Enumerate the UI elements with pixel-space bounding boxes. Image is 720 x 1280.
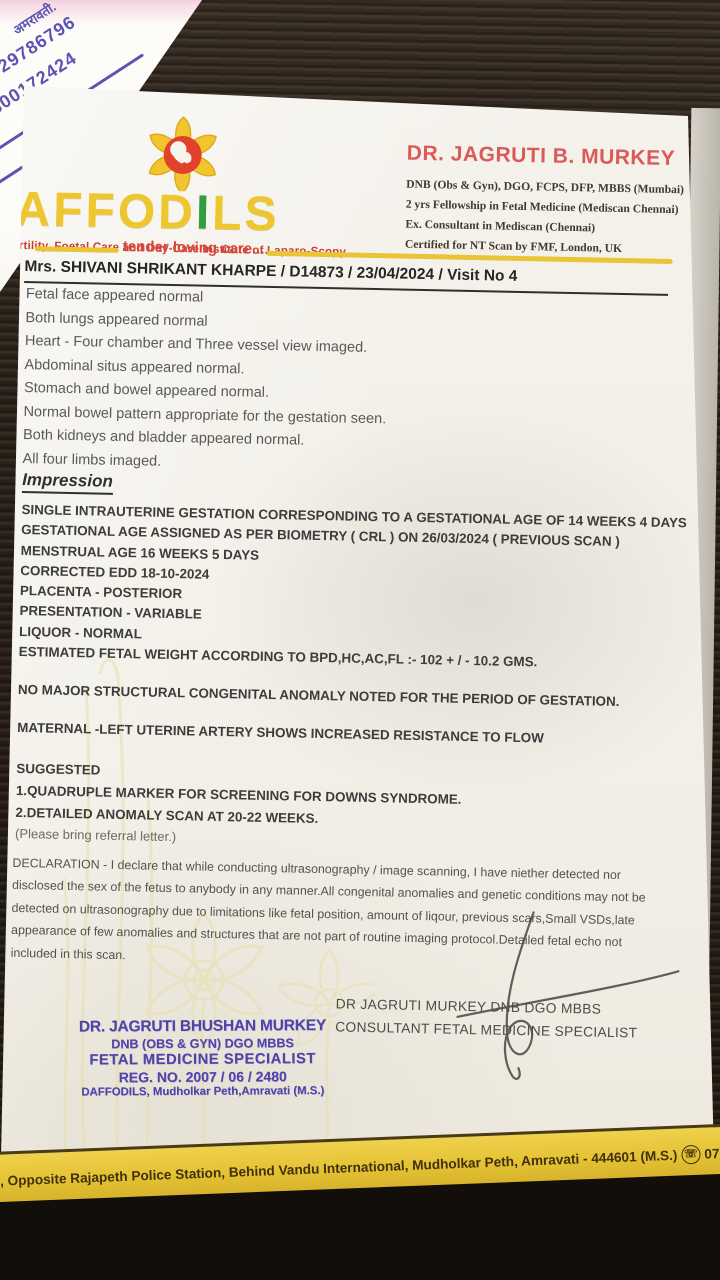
photo-of-report: अमरावती. 29786796 800172424	[0, 0, 720, 1280]
clinic-name-left: AFFOD	[15, 183, 196, 240]
footer-address-text: , Opposite Rajapeth Police Station, Behi…	[0, 1147, 678, 1188]
signatory-block: DR JAGRUTI MURKEY DNB DGO MBBS CONSULTAN…	[335, 992, 638, 1044]
referral-note: (Please bring referral letter.)	[15, 826, 176, 844]
stamp-specialty: FETAL MEDICINE SPECIALIST	[77, 1051, 329, 1069]
report-content: AFFODILS rtility, Foetal Care and Day-Ca…	[5, 90, 682, 1153]
maternal-note: MATERNAL -LEFT UTERINE ARTERY SHOWS INCR…	[17, 720, 544, 746]
motto-bar-left	[35, 246, 119, 253]
clinic-name-right: LS	[212, 187, 280, 241]
doctor-name: DR. JAGRUTI B. MURKEY	[407, 142, 682, 172]
stamp-degrees: DNB (OBS & GYN) DGO MBBS	[76, 1036, 328, 1052]
phone-icon: ☏	[681, 1144, 701, 1164]
impression-heading: Impression	[22, 470, 113, 495]
doctor-credentials: DNB (Obs & Gyn), DGO, FCPS, DFP, MBBS (M…	[405, 175, 682, 261]
stamp-reg-no: REG. NO. 2007 / 06 / 2480	[77, 1068, 329, 1086]
anomaly-note: NO MAJOR STRUCTURAL CONGENITAL ANOMALY N…	[18, 682, 620, 709]
clinic-motto: tender loving care....	[123, 238, 269, 258]
stamp-name: DR. JAGRUTI BHUSHAN MURKEY	[76, 1017, 328, 1037]
footer-phone-number: 0721 - 2565544	[704, 1142, 720, 1161]
footer-address: , Opposite Rajapeth Police Station, Behi…	[0, 1140, 720, 1190]
suggested-block: SUGGESTED 1.QUADRUPLE MARKER FOR SCREENI…	[15, 758, 462, 833]
signatory-title-line: CONSULTANT FETAL MEDICINE SPECIALIST	[335, 1015, 638, 1044]
stamp-address: DAFFODILS, Mudholkar Peth,Amravati (M.S.…	[77, 1085, 329, 1099]
clinic-name-green-i: I	[195, 186, 212, 239]
impression-lines: SINGLE INTRAUTERINE GESTATION CORRESPOND…	[19, 500, 688, 676]
doctor-rubber-stamp: DR. JAGRUTI BHUSHAN MURKEY DNB (OBS & GY…	[76, 1017, 328, 1099]
findings-list: Fetal face appeared normal Both lungs ap…	[22, 283, 388, 478]
daffodil-logo-icon	[136, 114, 230, 192]
report-paper: AFFODILS rtility, Foetal Care and Day-Ca…	[0, 0, 720, 1280]
clinic-name: AFFODILS	[15, 186, 280, 239]
doctor-block: DR. JAGRUTI B. MURKEY DNB (Obs & Gyn), D…	[405, 142, 682, 260]
